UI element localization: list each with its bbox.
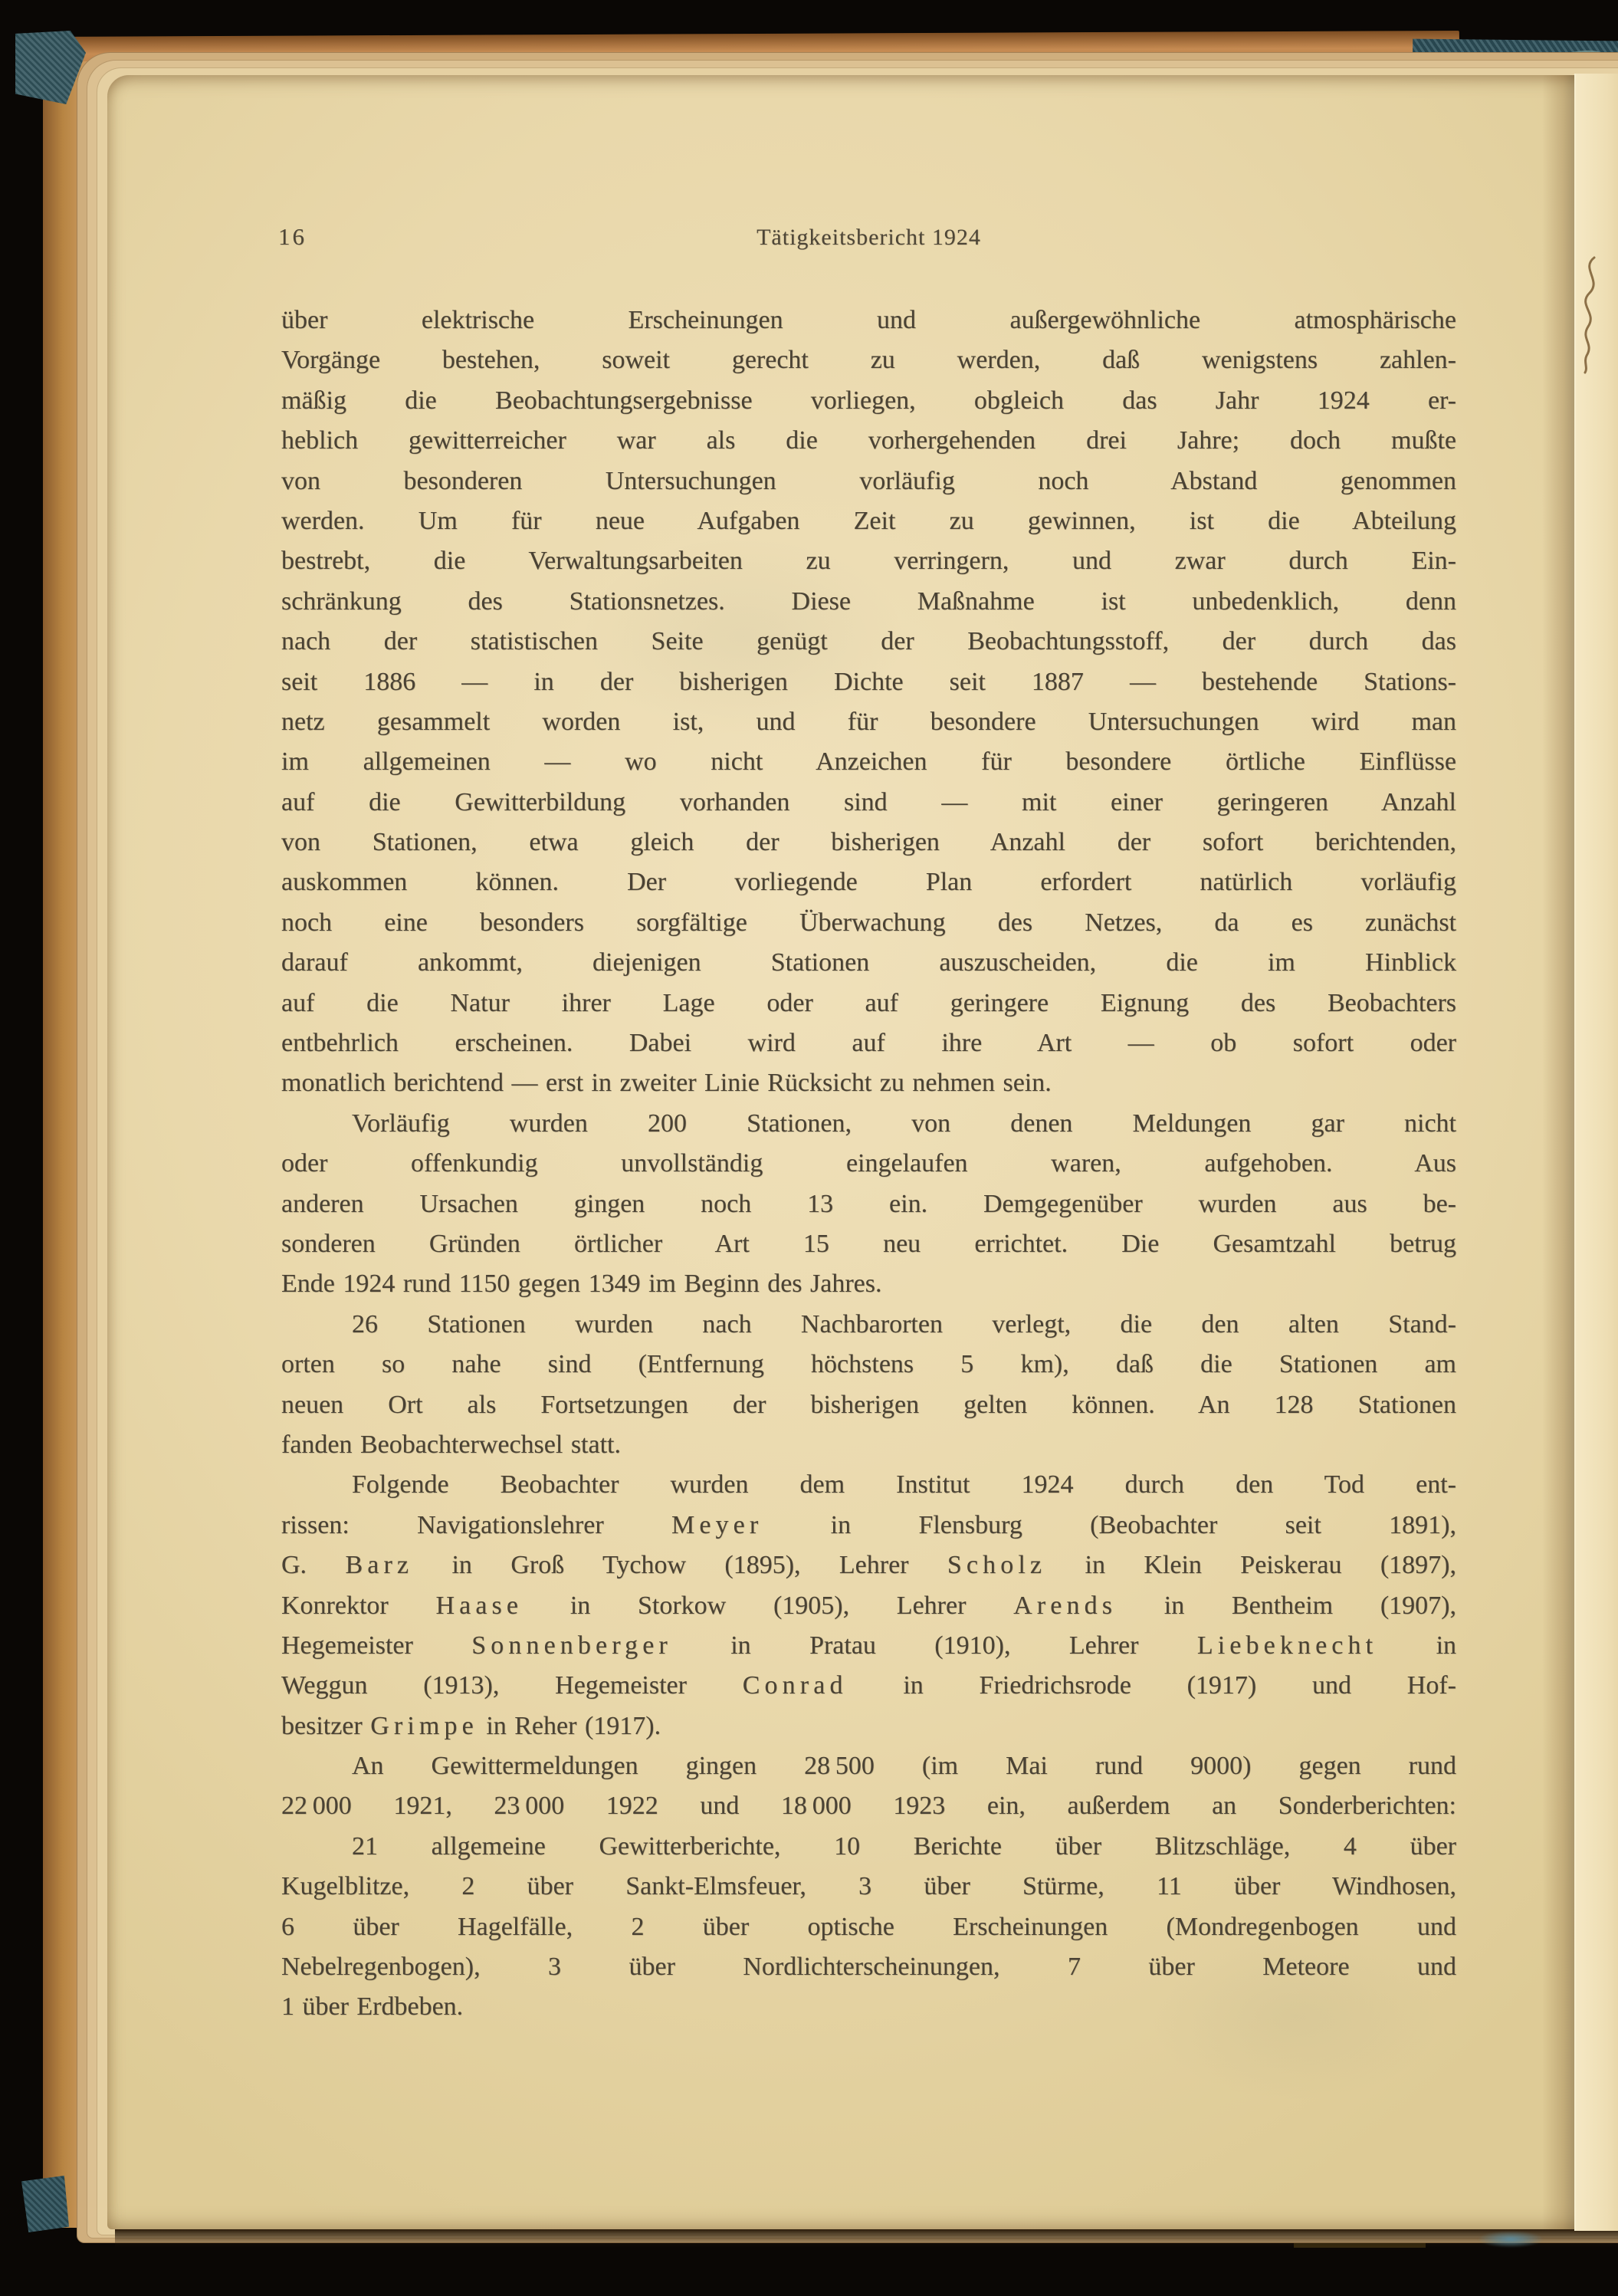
- text-line: mäßig die Beobachtungsergebnisse vorlieg…: [281, 381, 1456, 421]
- letter-spaced-name: Sonnenberger: [471, 1631, 672, 1660]
- text-line: Weggun (1913), Hegemeister Conrad in Fri…: [281, 1666, 1456, 1706]
- text-line: monatlich berichtend — erst in zweiter L…: [281, 1063, 1456, 1103]
- text-line: Nebelregenbogen), 3 über Nordlichtersche…: [281, 1947, 1456, 1987]
- text-line: über elektrische Erscheinungen und außer…: [281, 301, 1456, 340]
- text-line: 21 allgemeine Gewitterberichte, 10 Beric…: [281, 1827, 1456, 1867]
- page-bottom-shadow: [115, 2229, 1618, 2248]
- text-line: 6 über Hagelfälle, 2 über optische Ersch…: [281, 1907, 1456, 1947]
- text-line: 26 Stationen wurden nach Nachbarorten ve…: [281, 1305, 1456, 1345]
- text-line: schränkung des Stationsnetzes. Diese Maß…: [281, 582, 1456, 622]
- text-line: Folgende Beobachter wurden dem Institut …: [281, 1465, 1456, 1505]
- letter-spaced-name: Haase: [435, 1591, 523, 1620]
- letter-spaced-name: Liebeknecht: [1197, 1631, 1377, 1660]
- text-line: An Gewittermeldungen gingen 28 500 (im M…: [281, 1746, 1456, 1786]
- stray-fiber: [1568, 253, 1617, 376]
- text-line: darauf ankommt, diejenigen Stationen aus…: [281, 943, 1456, 983]
- text-line: oder offenkundig unvollständig eingelauf…: [281, 1144, 1456, 1184]
- adjacent-page-edge: [1574, 74, 1618, 2231]
- letter-spaced-name: Arends: [1013, 1591, 1117, 1620]
- text-line: neuen Ort als Fortsetzungen der bisherig…: [281, 1385, 1456, 1425]
- cover-fuzz: [1478, 2231, 1544, 2248]
- text-line: Ende 1924 rund 1150 gegen 1349 im Beginn…: [281, 1264, 1456, 1304]
- text-line: im allgemeinen — wo nicht Anzeichen für …: [281, 742, 1456, 782]
- text-line: fanden Beobachterwechsel statt.: [281, 1425, 1456, 1465]
- letter-spaced-name: Barz: [345, 1551, 413, 1579]
- running-title: Tätigkeitsbericht 1924: [281, 225, 1456, 251]
- text-line: nach der statistischen Seite genügt der …: [281, 622, 1456, 662]
- text-line: von besonderen Untersuchungen vorläufig …: [281, 461, 1456, 501]
- text-line: besitzer Grimpe in Reher (1917).: [281, 1706, 1456, 1746]
- text-line: werden. Um für neue Aufgaben Zeit zu gew…: [281, 501, 1456, 541]
- text-line: Vorläufig wurden 200 Stationen, von dene…: [281, 1104, 1456, 1144]
- text-line: netz gesammelt worden ist, und für beson…: [281, 702, 1456, 742]
- page-gutter-crease: [1542, 75, 1574, 2229]
- text-line: orten so nahe sind (Entfernung höchstens…: [281, 1345, 1456, 1384]
- text-line: auskommen können. Der vorliegende Plan e…: [281, 862, 1456, 902]
- text-line: noch eine besonders sorgfältige Überwach…: [281, 903, 1456, 943]
- letter-spaced-name: Scholz: [947, 1551, 1046, 1579]
- text-line: Hegemeister Sonnenberger in Pratau (1910…: [281, 1626, 1456, 1666]
- text-line: sonderen Gründen örtlicher Art 15 neu er…: [281, 1224, 1456, 1264]
- text-line: G. Barz in Groß Tychow (1895), Lehrer Sc…: [281, 1545, 1456, 1585]
- body-text: über elektrische Erscheinungen und außer…: [281, 301, 1456, 2028]
- text-line: heblich gewitterreicher war als die vorh…: [281, 421, 1456, 461]
- letter-spaced-name: Grimpe: [370, 1712, 478, 1740]
- letter-spaced-name: Meyer: [671, 1511, 763, 1539]
- text-line: 22 000 1921, 23 000 1922 und 18 000 1923…: [281, 1786, 1456, 1826]
- text-line: seit 1886 — in der bisherigen Dichte sei…: [281, 662, 1456, 702]
- text-line: rissen: Navigationslehrer Meyer in Flens…: [281, 1506, 1456, 1545]
- text-line: Vorgänge bestehen, soweit gerecht zu wer…: [281, 340, 1456, 380]
- text-line: von Stationen, etwa gleich der bisherige…: [281, 823, 1456, 862]
- book-cover-corner-bottom-left: [21, 2176, 69, 2232]
- text-line: auf die Natur ihrer Lage oder auf gering…: [281, 984, 1456, 1023]
- text-line: auf die Gewitterbildung vorhanden sind —…: [281, 783, 1456, 823]
- text-line: 1 über Erdbeben.: [281, 1987, 1456, 2027]
- text-line: bestrebt, die Verwaltungsarbeiten zu ver…: [281, 541, 1456, 581]
- text-line: Konrektor Haase in Storkow (1905), Lehre…: [281, 1586, 1456, 1626]
- text-line: anderen Ursachen gingen noch 13 ein. Dem…: [281, 1184, 1456, 1224]
- letter-spaced-name: Conrad: [743, 1671, 848, 1700]
- text-line: Kugelblitze, 2 über Sankt-Elmsfeuer, 3 ü…: [281, 1867, 1456, 1907]
- text-line: entbehrlich erscheinen. Dabei wird auf i…: [281, 1023, 1456, 1063]
